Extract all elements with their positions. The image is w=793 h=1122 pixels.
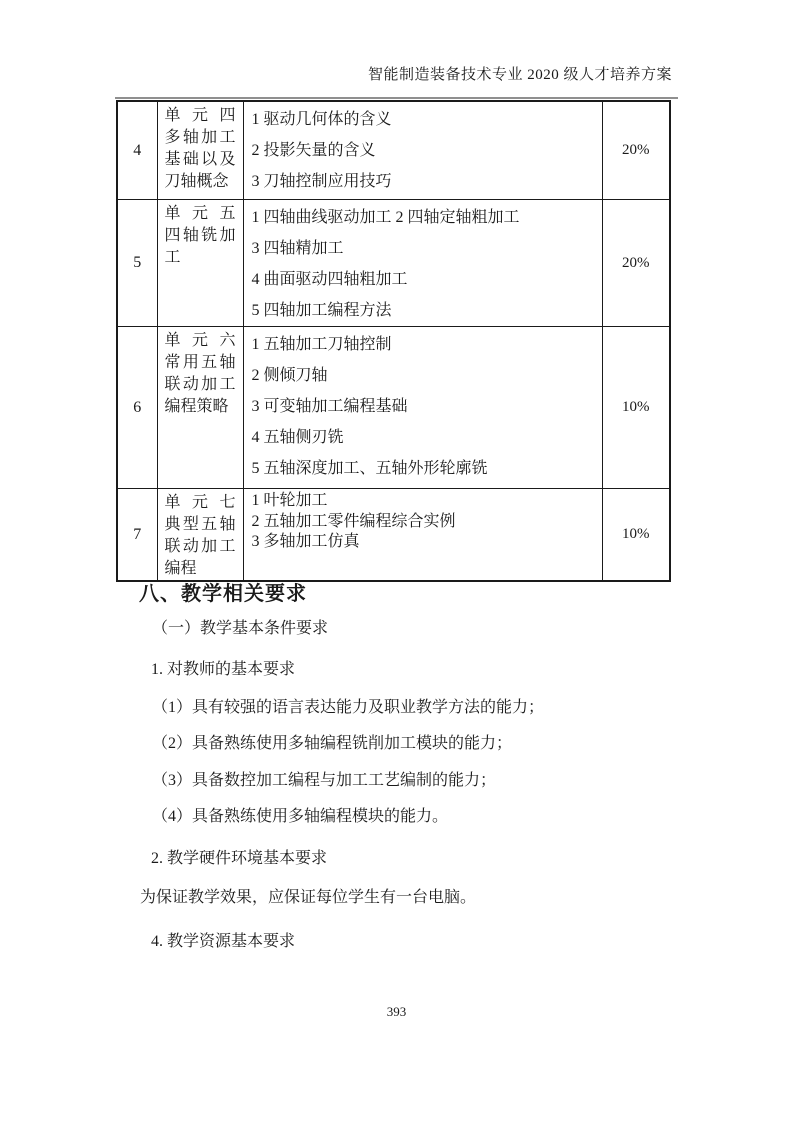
teacher-requirement-3: （3）具备数控加工编程与加工工艺编制的能力； [152,770,496,791]
unit-content-cell: 1 四轴曲线驱动加工 2 四轴定轴粗加工 3 四轴精加工 4 曲面驱动四轴粗加工… [243,200,602,327]
unit-title: 单元五 [165,203,236,225]
table-row: 4 单元四 多轴加工基础以及刀轴概念 1 驱动几何体的含义 2 投影矢量的含义 … [117,101,670,200]
table-row: 5 单元五 四轴铣加工 1 四轴曲线驱动加工 2 四轴定轴粗加工 3 四轴精加工… [117,200,670,327]
unit-name-cell: 单元六 常用五轴联动加工编程策略 [157,327,243,489]
content-item: 5 四轴加工编程方法 [252,295,598,326]
content-item: 4 五轴侧刃铣 [252,422,598,453]
unit-percent-cell: 20% [602,101,670,200]
unit-number-cell: 7 [117,489,157,582]
unit-content-cell: 1 驱动几何体的含义 2 投影矢量的含义 3 刀轴控制应用技巧 [243,101,602,200]
content-item: 5 五轴深度加工、五轴外形轮廓铣 [252,453,598,484]
unit-title: 单元七 [165,492,236,514]
unit-name: 常用五轴联动加工编程策略 [165,352,236,418]
content-item: 1 叶轮加工 [252,491,598,512]
content-item: 3 刀轴控制应用技巧 [252,166,598,197]
content-item: 1 四轴曲线驱动加工 2 四轴定轴粗加工 [252,202,598,233]
document-page: 智能制造装备技术专业 2020 级人才培养方案 4 单元四 多轴加工基础以及刀轴… [0,0,793,1122]
teacher-requirement-4: （4）具备熟练使用多轴编程模块的能力。 [152,806,448,827]
content-item: 1 驱动几何体的含义 [252,104,598,135]
unit-percent-cell: 20% [602,200,670,327]
paragraph-item2-body: 为保证教学效果，应保证每位学生有一台电脑。 [140,887,476,908]
unit-name-cell: 单元七 典型五轴联动加工编程 [157,489,243,582]
section-heading: 八、教学相关要求 [139,577,307,606]
paragraph-item4-title: 4. 教学资源基本要求 [151,931,295,952]
content-item: 2 五轴加工零件编程综合实例 [252,512,598,533]
content-item: 3 四轴精加工 [252,233,598,264]
teacher-requirement-2: （2）具备熟练使用多轴编程铣削加工模块的能力； [152,733,512,754]
unit-percent-cell: 10% [602,489,670,582]
teacher-requirement-1: （1）具有较强的语言表达能力及职业教学方法的能力； [152,697,544,718]
content-item: 2 侧倾刀轴 [252,360,598,391]
content-item: 2 投影矢量的含义 [252,135,598,166]
unit-number-cell: 5 [117,200,157,327]
page-header-title: 智能制造装备技术专业 2020 级人才培养方案 [115,63,672,84]
header-rule [115,97,678,99]
unit-name-cell: 单元四 多轴加工基础以及刀轴概念 [157,101,243,200]
content-item: 1 五轴加工刀轴控制 [252,329,598,360]
unit-title: 单元四 [165,105,236,127]
paragraph-item1-title: 1. 对教师的基本要求 [151,659,295,680]
unit-percent-cell: 10% [602,327,670,489]
sub-heading: （一）教学基本条件要求 [152,618,328,639]
unit-title: 单元六 [165,330,236,352]
table-row: 6 单元六 常用五轴联动加工编程策略 1 五轴加工刀轴控制 2 侧倾刀轴 3 可… [117,327,670,489]
page-number: 393 [0,1004,793,1020]
units-table: 4 单元四 多轴加工基础以及刀轴概念 1 驱动几何体的含义 2 投影矢量的含义 … [116,100,671,582]
unit-content-cell: 1 五轴加工刀轴控制 2 侧倾刀轴 3 可变轴加工编程基础 4 五轴侧刃铣 5 … [243,327,602,489]
content-item: 3 多轴加工仿真 [252,532,598,553]
unit-number-cell: 6 [117,327,157,489]
paragraph-item2-title: 2. 教学硬件环境基本要求 [151,848,327,869]
content-item: 4 曲面驱动四轴粗加工 [252,264,598,295]
table-row: 7 单元七 典型五轴联动加工编程 1 叶轮加工 2 五轴加工零件编程综合实例 3… [117,489,670,582]
content-item: 3 可变轴加工编程基础 [252,391,598,422]
unit-content-cell: 1 叶轮加工 2 五轴加工零件编程综合实例 3 多轴加工仿真 [243,489,602,582]
unit-number-cell: 4 [117,101,157,200]
unit-name: 多轴加工基础以及刀轴概念 [165,127,236,193]
unit-name: 典型五轴联动加工编程 [165,514,236,580]
unit-name: 四轴铣加工 [165,225,236,269]
unit-name-cell: 单元五 四轴铣加工 [157,200,243,327]
